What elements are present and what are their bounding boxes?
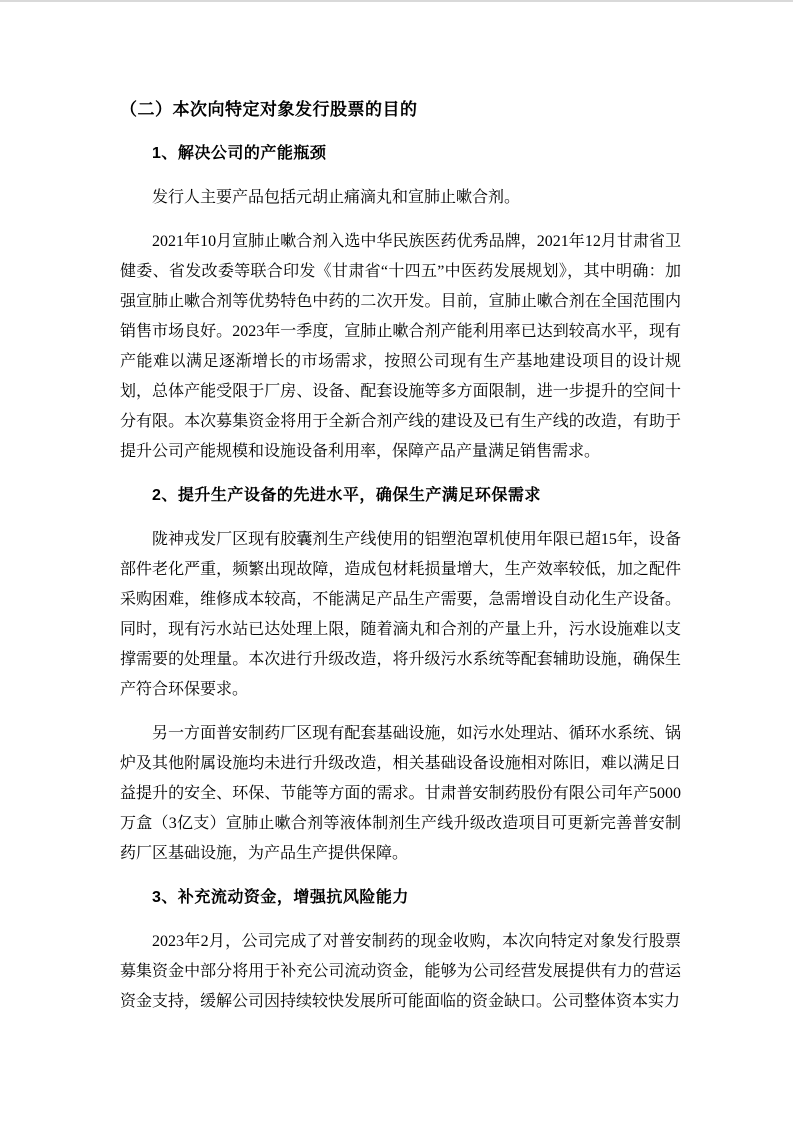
subsection-3-paragraph-1: 2023年2月，公司完成了对普安制药的现金收购，本次向特定对象发行股票募集资金中…	[120, 927, 681, 1017]
subsection-2-heading: 2、提升生产设备的先进水平，确保生产满足环保需求	[120, 481, 681, 511]
subsection-2-paragraph-2: 另一方面普安制药厂区现有配套基础设施，如污水处理站、循环水系统、锅炉及其他附属设…	[120, 719, 681, 869]
subsection-2-paragraph-1: 陇神戎发厂区现有胶囊剂生产线使用的铝塑泡罩机使用年限已超15年，设备部件老化严重…	[120, 525, 681, 705]
subsection-1-heading: 1、解决公司的产能瓶颈	[120, 139, 681, 169]
subsection-1-paragraph-2: 2021年10月宣肺止嗽合剂入选中华民族医药优秀品牌，2021年12月甘肃省卫健…	[120, 227, 681, 467]
section-heading: （二）本次向特定对象发行股票的目的	[120, 95, 681, 125]
subsection-3-heading: 3、补充流动资金，增强抗风险能力	[120, 883, 681, 913]
subsection-1-paragraph-1: 发行人主要产品包括元胡止痛滴丸和宣肺止嗽合剂。	[120, 183, 681, 213]
document-page: （二）本次向特定对象发行股票的目的 1、解决公司的产能瓶颈 发行人主要产品包括元…	[0, 0, 793, 1122]
